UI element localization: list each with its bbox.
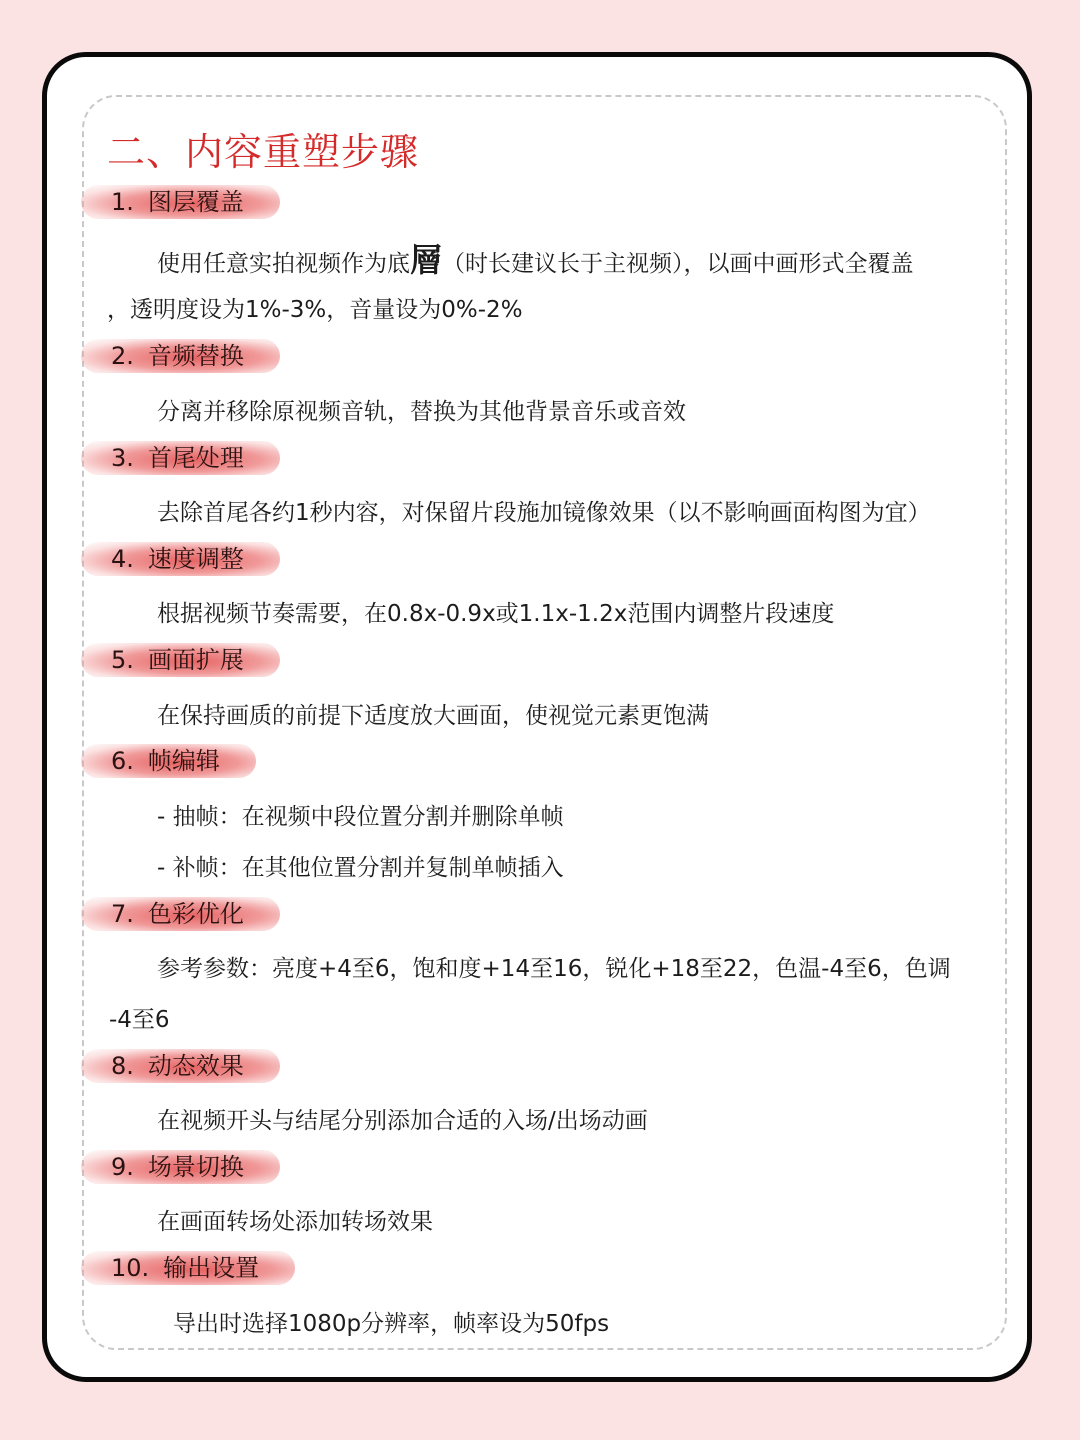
section-3-line-1: 去除首尾各约1秒内容，对保留片段施加镜像效果（以不影响画面构图为宜） xyxy=(157,494,931,527)
section-10-line-1: 导出时选择1080p分辨率，帧率设为50fps xyxy=(173,1305,609,1338)
section-8-line-1: 在视频开头与结尾分别添加合适的入场/出场动画 xyxy=(157,1102,648,1135)
section-label-7: 7.色彩优化 xyxy=(81,897,280,931)
section-label-10: 10.输出设置 xyxy=(81,1251,295,1285)
section-label-3: 3.首尾处理 xyxy=(81,441,280,475)
section-1-line-2: ，透明度设为1%-3%，音量设为0%-2% xyxy=(107,291,523,324)
section-number: 9. xyxy=(111,1153,134,1181)
section-5-line-1: 在保持画质的前提下适度放大画面，使视觉元素更饱满 xyxy=(157,697,709,730)
section-label-8: 8.动态效果 xyxy=(81,1049,280,1083)
section-number: 7. xyxy=(111,900,134,928)
section-number: 6. xyxy=(111,747,134,775)
section-6-line-2: - 补帧：在其他位置分割并复制单帧插入 xyxy=(157,849,564,882)
section-7-line-1: 参考参数：亮度+4至6，饱和度+14至16，锐化+18至22，色温-4至6，色调 xyxy=(157,950,951,983)
text-pre: 使用任意实拍视频作为底 xyxy=(157,251,410,277)
section-title: 色彩优化 xyxy=(148,900,244,928)
section-title: 场景切换 xyxy=(148,1153,244,1181)
page-title: 二、内容重塑步骤 xyxy=(107,121,419,176)
section-label-1: 1.图层覆盖 xyxy=(81,185,280,219)
section-1-line-1: 使用任意实拍视频作为底層（时长建议长于主视频），以画中画形式全覆盖 xyxy=(157,235,914,281)
section-title: 动态效果 xyxy=(148,1052,244,1080)
section-9-line-1: 在画面转场处添加转场效果 xyxy=(157,1203,433,1236)
section-number: 4. xyxy=(111,545,134,573)
section-title: 图层覆盖 xyxy=(148,188,244,216)
section-6-line-1: - 抽帧：在视频中段位置分割并删除单帧 xyxy=(157,798,564,831)
section-7-line-2: -4至6 xyxy=(109,1001,170,1034)
section-title: 音频替换 xyxy=(148,342,244,370)
section-4-line-1: 根据视频节奏需要，在0.8x-0.9x或1.1x-1.2x范围内调整片段速度 xyxy=(157,595,834,628)
section-number: 1. xyxy=(111,188,134,216)
section-number: 5. xyxy=(111,646,134,674)
section-title: 速度调整 xyxy=(148,545,244,573)
section-label-6: 6.帧编辑 xyxy=(81,744,256,778)
section-title: 首尾处理 xyxy=(148,444,244,472)
text-post: （时长建议长于主视频），以画中画形式全覆盖 xyxy=(442,251,914,277)
section-number: 8. xyxy=(111,1052,134,1080)
section-number: 3. xyxy=(111,444,134,472)
section-title: 帧编辑 xyxy=(148,747,220,775)
section-number: 2. xyxy=(111,342,134,370)
section-title: 画面扩展 xyxy=(148,646,244,674)
section-label-5: 5.画面扩展 xyxy=(81,643,280,677)
content-card: 二、内容重塑步骤 1.图层覆盖 使用任意实拍视频作为底層（时长建议长于主视频），… xyxy=(42,52,1032,1382)
section-label-2: 2.音频替换 xyxy=(81,339,280,373)
emphasized-char: 層 xyxy=(410,241,442,279)
section-title: 输出设置 xyxy=(163,1254,259,1282)
section-2-line-1: 分离并移除原视频音轨，替换为其他背景音乐或音效 xyxy=(157,393,686,426)
section-label-4: 4.速度调整 xyxy=(81,542,280,576)
section-label-9: 9.场景切换 xyxy=(81,1150,280,1184)
section-number: 10. xyxy=(111,1254,149,1282)
